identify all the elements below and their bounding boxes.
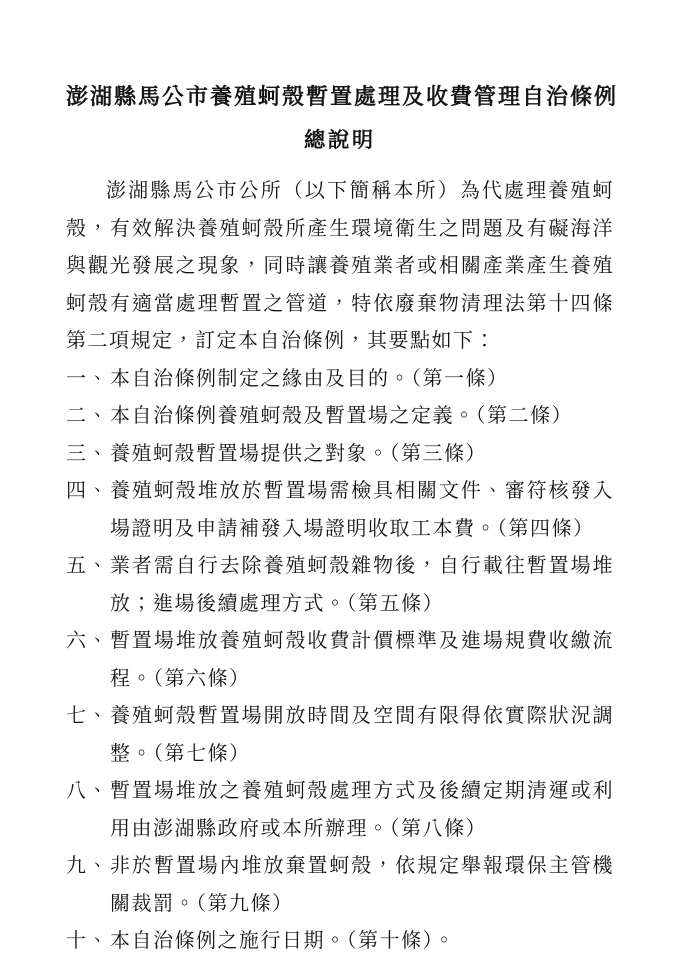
item-text: 非於暫置場內堆放棄置蚵殼，依規定舉報環保主管機關裁罰。（第九條） — [110, 847, 614, 922]
list-item: 七、 養殖蚵殼暫置場開放時間及空間有限得依實際狀況調整。（第七條） — [66, 697, 614, 772]
document-page: 澎湖縣馬公市養殖蚵殼暫置處理及收費管理自治條例 總說明 澎湖縣馬公市公所（以下簡… — [0, 0, 678, 960]
summary-list: 一、 本自治條例制定之緣由及目的。（第一條） 二、 本自治條例養殖蚵殼及暫置場之… — [66, 360, 614, 960]
item-marker: 一、 — [66, 360, 110, 398]
document-title: 澎湖縣馬公市養殖蚵殼暫置處理及收費管理自治條例 — [66, 82, 614, 112]
list-item: 十、 本自治條例之施行日期。（第十條）。 — [66, 922, 614, 960]
list-item: 五、 業者需自行去除養殖蚵殼雜物後，自行載往暫置場堆放；進場後續處理方式。（第五… — [66, 547, 614, 622]
intro-paragraph: 澎湖縣馬公市公所（以下簡稱本所）為代處理養殖蚵殼，有效解決養殖蚵殼所產生環境衛生… — [66, 172, 614, 360]
item-marker: 八、 — [66, 772, 110, 847]
item-text: 本自治條例之施行日期。（第十條）。 — [110, 922, 614, 960]
item-marker: 四、 — [66, 472, 110, 547]
item-marker: 七、 — [66, 697, 110, 772]
list-item: 六、 暫置場堆放養殖蚵殼收費計價標準及進場規費收繳流程。（第六條） — [66, 622, 614, 697]
item-marker: 五、 — [66, 547, 110, 622]
item-marker: 六、 — [66, 622, 110, 697]
item-text: 養殖蚵殼暫置場提供之對象。（第三條） — [110, 435, 614, 473]
list-item: 三、 養殖蚵殼暫置場提供之對象。（第三條） — [66, 435, 614, 473]
list-item: 四、 養殖蚵殼堆放於暫置場需檢具相關文件、審符核發入場證明及申請補發入場證明收取… — [66, 472, 614, 547]
list-item: 二、 本自治條例養殖蚵殼及暫置場之定義。（第二條） — [66, 397, 614, 435]
list-item: 八、 暫置場堆放之養殖蚵殼處理方式及後續定期清運或利用由澎湖縣政府或本所辦理。（… — [66, 772, 614, 847]
item-marker: 十、 — [66, 922, 110, 960]
item-text: 本自治條例養殖蚵殼及暫置場之定義。（第二條） — [110, 397, 614, 435]
item-text: 養殖蚵殼暫置場開放時間及空間有限得依實際狀況調整。（第七條） — [110, 697, 614, 772]
list-item: 一、 本自治條例制定之緣由及目的。（第一條） — [66, 360, 614, 398]
item-text: 養殖蚵殼堆放於暫置場需檢具相關文件、審符核發入場證明及申請補發入場證明收取工本費… — [110, 472, 614, 547]
item-marker: 二、 — [66, 397, 110, 435]
item-text: 本自治條例制定之緣由及目的。（第一條） — [110, 360, 614, 398]
item-marker: 三、 — [66, 435, 110, 473]
item-marker: 九、 — [66, 847, 110, 922]
list-item: 九、 非於暫置場內堆放棄置蚵殼，依規定舉報環保主管機關裁罰。（第九條） — [66, 847, 614, 922]
document-subtitle: 總說明 — [66, 126, 614, 154]
item-text: 業者需自行去除養殖蚵殼雜物後，自行載往暫置場堆放；進場後續處理方式。（第五條） — [110, 547, 614, 622]
item-text: 暫置場堆放養殖蚵殼收費計價標準及進場規費收繳流程。（第六條） — [110, 622, 614, 697]
item-text: 暫置場堆放之養殖蚵殼處理方式及後續定期清運或利用由澎湖縣政府或本所辦理。（第八條… — [110, 772, 614, 847]
